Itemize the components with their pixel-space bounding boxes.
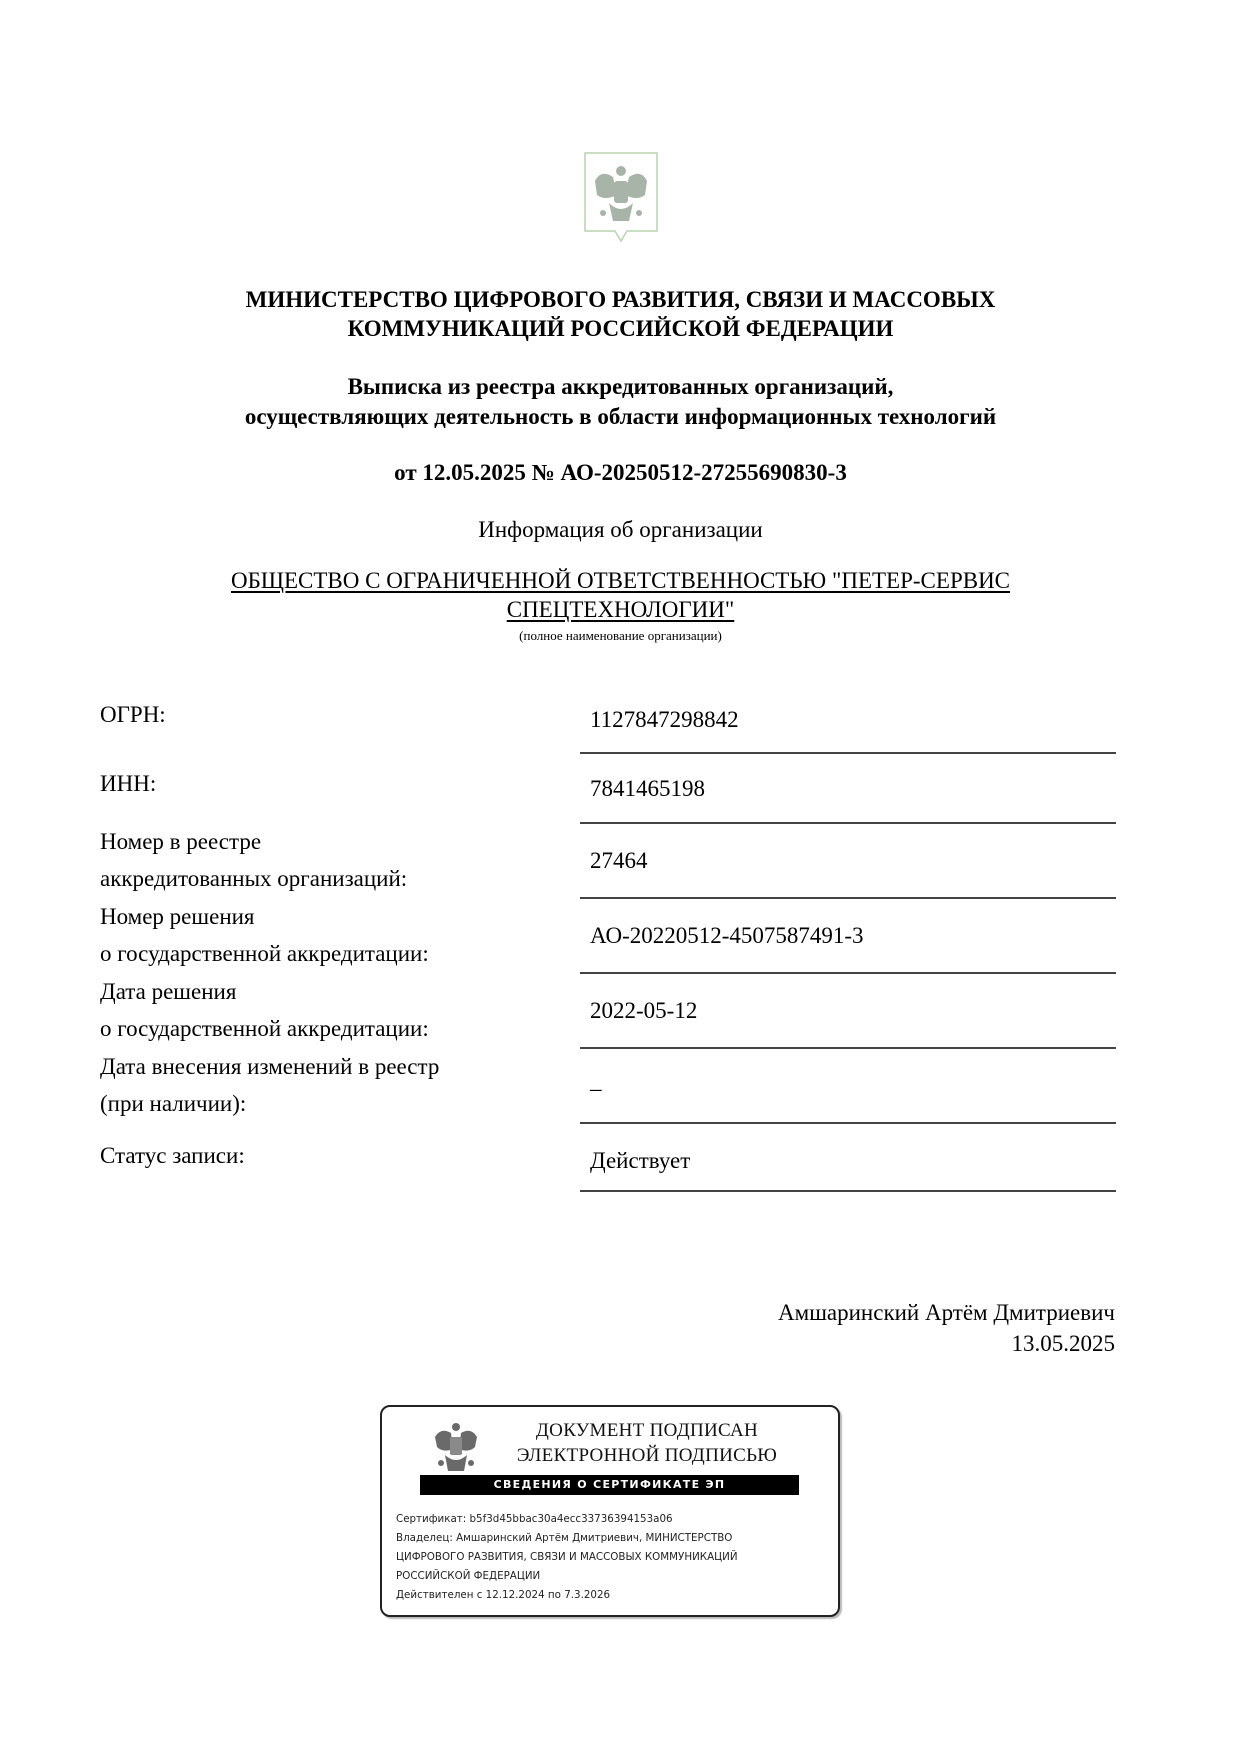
- field-underline: [580, 972, 1116, 974]
- organization-name-caption: (полное наименование организации): [0, 628, 1241, 644]
- document-number: от 12.05.2025 № АО-20250512-27255690830-…: [0, 458, 1241, 488]
- signature-date: 13.05.2025: [1012, 1329, 1116, 1359]
- field-value-decision-date: 2022-05-12: [590, 996, 1110, 1026]
- ministry-line-1: МИНИСТЕРСТВО ЦИФРОВОГО РАЗВИТИЯ, СВЯЗИ И…: [0, 285, 1241, 314]
- stamp-title: ДОКУМЕНТ ПОДПИСАН ЭЛЕКТРОННОЙ ПОДПИСЬЮ: [497, 1418, 797, 1468]
- field-underline: [580, 1122, 1116, 1124]
- electronic-signature-stamp: ДОКУМЕНТ ПОДПИСАН ЭЛЕКТРОННОЙ ПОДПИСЬЮ С…: [380, 1405, 840, 1617]
- field-value-registry-change-date: _: [590, 1066, 1110, 1096]
- signer-name: Амшаринский Артём Дмитриевич: [778, 1298, 1115, 1328]
- field-underline: [580, 1190, 1116, 1192]
- certificate-info-bar: СВЕДЕНИЯ О СЕРТИФИКАТЕ ЭП: [420, 1475, 799, 1495]
- field-label: Дата решения о государственной аккредита…: [100, 973, 500, 1047]
- field-underline: [580, 822, 1116, 824]
- certificate-owner-line-1: Владелец: Амшаринский Артём Дмитриевич, …: [396, 1529, 826, 1548]
- organization-name: ОБЩЕСТВО С ОГРАНИЧЕННОЙ ОТВЕТСТВЕННОСТЬЮ…: [0, 566, 1241, 624]
- certificate-details: Сертификат: b5f3d45bbac30a4ecc3373639415…: [396, 1510, 826, 1605]
- field-value-inn: 7841465198: [590, 774, 1110, 804]
- field-underline: [580, 1047, 1116, 1049]
- coat-of-arms-icon: [431, 1419, 481, 1477]
- field-label: Статус записи:: [100, 1137, 500, 1174]
- title-line-2: осуществляющих деятельность в области ин…: [0, 402, 1241, 432]
- certificate-owner-line-3: РОССИЙСКОЙ ФЕДЕРАЦИИ: [396, 1567, 826, 1586]
- field-underline: [580, 897, 1116, 899]
- document-title: Выписка из реестра аккредитованных орган…: [0, 372, 1241, 432]
- organization-name-line-2: СПЕЦТЕХНОЛОГИИ": [507, 597, 735, 622]
- certificate-validity: Действителен с 12.12.2024 по 7.3.2026: [396, 1586, 826, 1605]
- organization-section-title: Информация об организации: [0, 515, 1241, 545]
- certificate-serial: Сертификат: b5f3d45bbac30a4ecc3373639415…: [396, 1510, 826, 1529]
- title-line-1: Выписка из реестра аккредитованных орган…: [0, 372, 1241, 402]
- coat-of-arms-icon: [583, 151, 659, 244]
- field-label: ИНН:: [100, 765, 500, 802]
- field-value-ogrn: 1127847298842: [590, 705, 1110, 735]
- field-value-decision-number: АО-20220512-4507587491-3: [590, 921, 1110, 951]
- field-value-record-status: Действует: [590, 1146, 1110, 1176]
- field-value-registry-number: 27464: [590, 846, 1110, 876]
- field-label: Номер решения о государственной аккредит…: [100, 898, 500, 972]
- certificate-owner-line-2: ЦИФРОВОГО РАЗВИТИЯ, СВЯЗИ И МАССОВЫХ КОМ…: [396, 1548, 826, 1567]
- organization-name-line-1: ОБЩЕСТВО С ОГРАНИЧЕННОЙ ОТВЕТСТВЕННОСТЬЮ…: [231, 568, 1010, 593]
- ministry-header: МИНИСТЕРСТВО ЦИФРОВОГО РАЗВИТИЯ, СВЯЗИ И…: [0, 285, 1241, 343]
- field-label: Номер в реестре аккредитованных организа…: [100, 823, 500, 897]
- field-underline: [580, 752, 1116, 754]
- field-label: ОГРН:: [100, 696, 500, 733]
- field-label: Дата внесения изменений в реестр (при на…: [100, 1048, 500, 1122]
- ministry-line-2: КОММУНИКАЦИЙ РОССИЙСКОЙ ФЕДЕРАЦИИ: [0, 314, 1241, 343]
